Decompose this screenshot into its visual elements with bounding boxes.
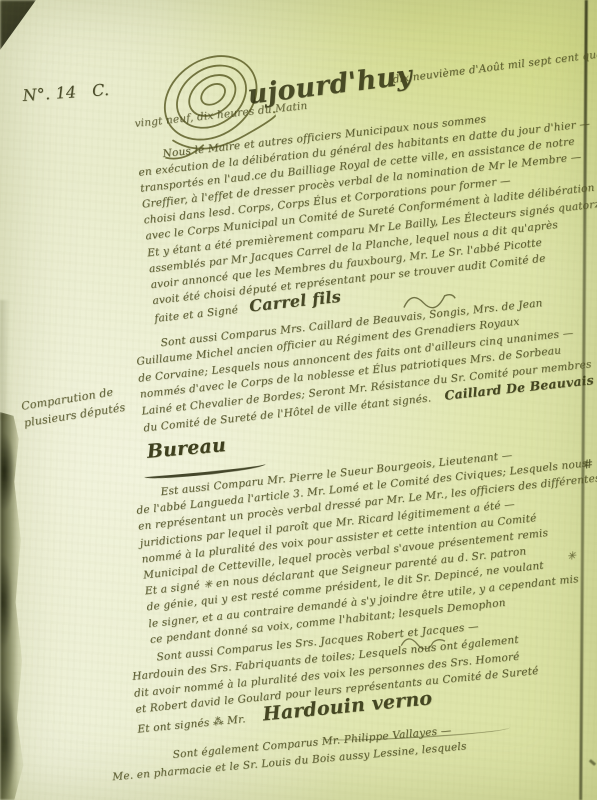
top-left-corner-shadow [0,0,36,50]
margin-note: Comparution de plusieurs députés [20,382,127,432]
section-heading-bureau: Bureau [146,434,227,463]
reference-number: N°. 14 C. [22,80,110,105]
closing-text: faite et a Signé [154,304,239,325]
bottom-right-mark [589,759,596,766]
heading-date-line: dix neuvième d'Août mil sept cent quatre [392,46,597,86]
section-heading-text: Bureau [146,434,227,463]
margin-hash-mark: # [582,456,595,472]
binding-edge-upper [0,300,10,420]
margin-star-mark: ✳ [566,549,577,563]
binding-edge [0,412,26,800]
closing-text: Et ont signés ⁂ Mr. [137,713,246,735]
manuscript-page: N°. 14 C. ujourd'huy dix neuvième d'Août… [0,0,597,800]
